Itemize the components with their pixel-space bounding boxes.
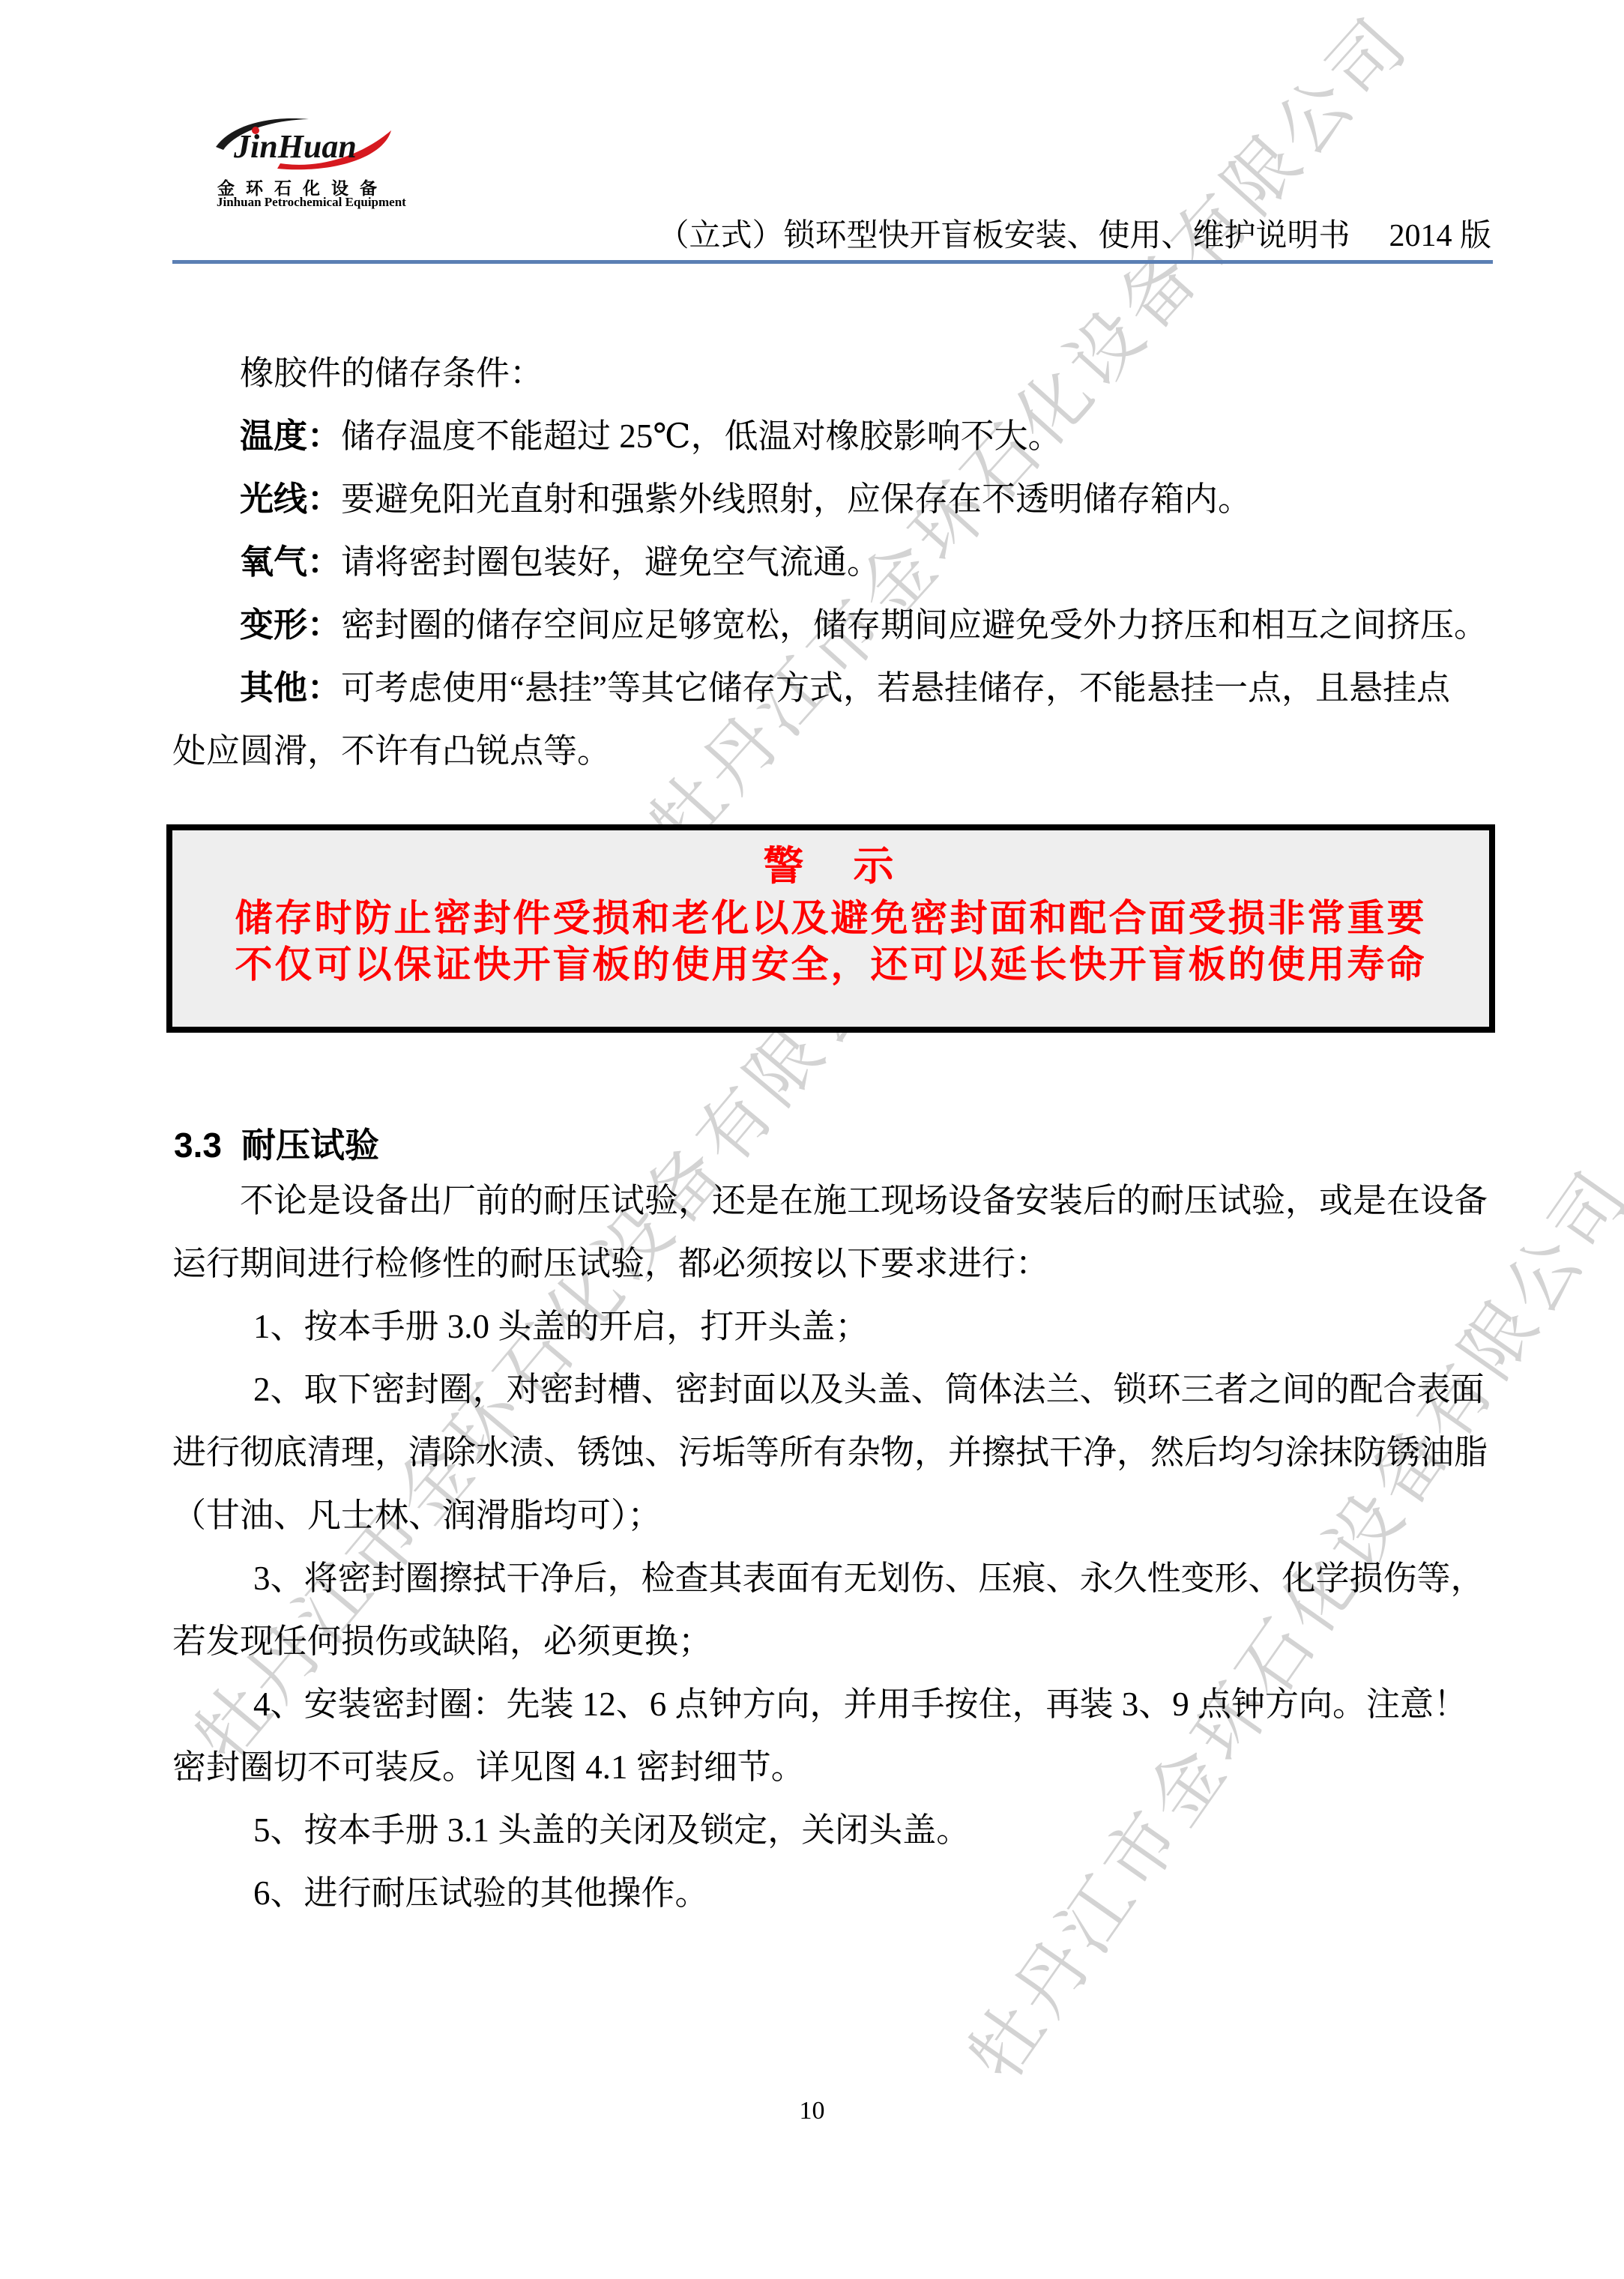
line-label: 变形： [240,606,341,644]
text-line: 温度：储存温度不能超过 25℃，低温对橡胶影响不大。 [172,405,1499,468]
warning-line: 储存时防止密封件受损和老化以及避免密封面和配合面受损非常重要 [172,895,1489,941]
text-line: 1、按本手册 3.0 头盖的开启，打开头盖； [172,1295,1499,1358]
text-line: 运行期间进行检修性的耐压试验，都必须按以下要求进行： [172,1232,1499,1295]
text-line: 若发现任何损伤或缺陷，必须更换； [172,1610,1499,1673]
warning-title: 警 示 [172,842,1489,890]
pressure-test-section: 不论是设备出厂前的耐压试验，还是在施工现场设备安装后的耐压试验，或是在设备运行期… [172,1169,1499,1925]
text-line: 其他：可考虑使用“悬挂”等其它储存方式，若悬挂储存，不能悬挂一点，且悬挂点 [172,656,1499,719]
text-line: 光线：要避免阳光直射和强紫外线照射，应保存在不透明储存箱内。 [172,468,1499,531]
line-label: 温度： [240,417,341,455]
text-line: 进行彻底清理，清除水渍、锈蚀、污垢等所有杂物，并擦拭干净，然后均匀涂抹防锈油脂 [172,1421,1499,1484]
header-divider [172,260,1493,264]
warning-line: 不仅可以保证快开盲板的使用安全，还可以延长快开盲板的使用寿命 [172,941,1489,988]
text-line: （甘油、凡士林、润滑脂均可）； [172,1484,1499,1547]
text-line: 5、按本手册 3.1 头盖的关闭及锁定，关闭头盖。 [172,1799,1499,1862]
line-label: 其他： [240,669,341,707]
text-line: 6、进行耐压试验的其他操作。 [172,1862,1499,1925]
text-line: 2、取下密封圈，对密封槽、密封面以及头盖、筒体法兰、锁环三者之间的配合表面 [172,1358,1499,1421]
text-line: 3、将密封圈擦拭干净后，检查其表面有无划伤、压痕、永久性变形、化学损伤等， [172,1547,1499,1610]
logo-english-name: Jinhuan Petrochemical Equipment [217,195,406,210]
document-header: （立式）锁环型快开盲板安装、使用、维护说明书2014 版 [172,211,1491,256]
text-line: 变形：密封圈的储存空间应足够宽松，储存期间应避免受外力挤压和相互之间挤压。 [172,594,1499,656]
text-line: 不论是设备出厂前的耐压试验，还是在施工现场设备安装后的耐压试验，或是在设备 [172,1169,1499,1232]
warning-box: 警 示 储存时防止密封件受损和老化以及避免密封面和配合面受损非常重要 不仅可以保… [166,824,1495,1033]
line-label: 氧气： [240,543,341,581]
page-number: 10 [0,2097,1624,2125]
line-label: 光线： [240,480,341,518]
warning-body: 储存时防止密封件受损和老化以及避免密封面和配合面受损非常重要 不仅可以保证快开盲… [172,895,1489,988]
document-title: （立式）锁环型快开盲板安装、使用、维护说明书 [657,219,1350,253]
document-page: 牡丹江市金环石化设备有限公司 牡丹江市金环石化设备有限公司 牡丹江市金环石化设备… [0,0,1624,2279]
logo-script-text: JinHuan [233,128,357,165]
text-line: 密封圈切不可装反。详见图 4.1 密封细节。 [172,1736,1499,1799]
company-logo: JinHuan [214,117,393,175]
text-line: 4、安装密封圈：先装 12、6 点钟方向，并用手按住，再装 3、9 点钟方向。注… [172,1673,1499,1736]
text-line: 橡胶件的储存条件： [172,342,1499,405]
section-number: 3.3 [174,1126,222,1165]
storage-conditions-section: 橡胶件的储存条件：温度：储存温度不能超过 25℃，低温对橡胶影响不大。光线：要避… [172,342,1499,782]
text-line: 氧气：请将密封圈包装好，避免空气流通。 [172,531,1499,594]
document-edition: 2014 版 [1389,219,1491,253]
text-line: 处应圆滑，不许有凸锐点等。 [172,719,1499,782]
section-title: 耐压试验 [241,1126,379,1165]
section-heading: 3.3耐压试验 [174,1118,379,1168]
